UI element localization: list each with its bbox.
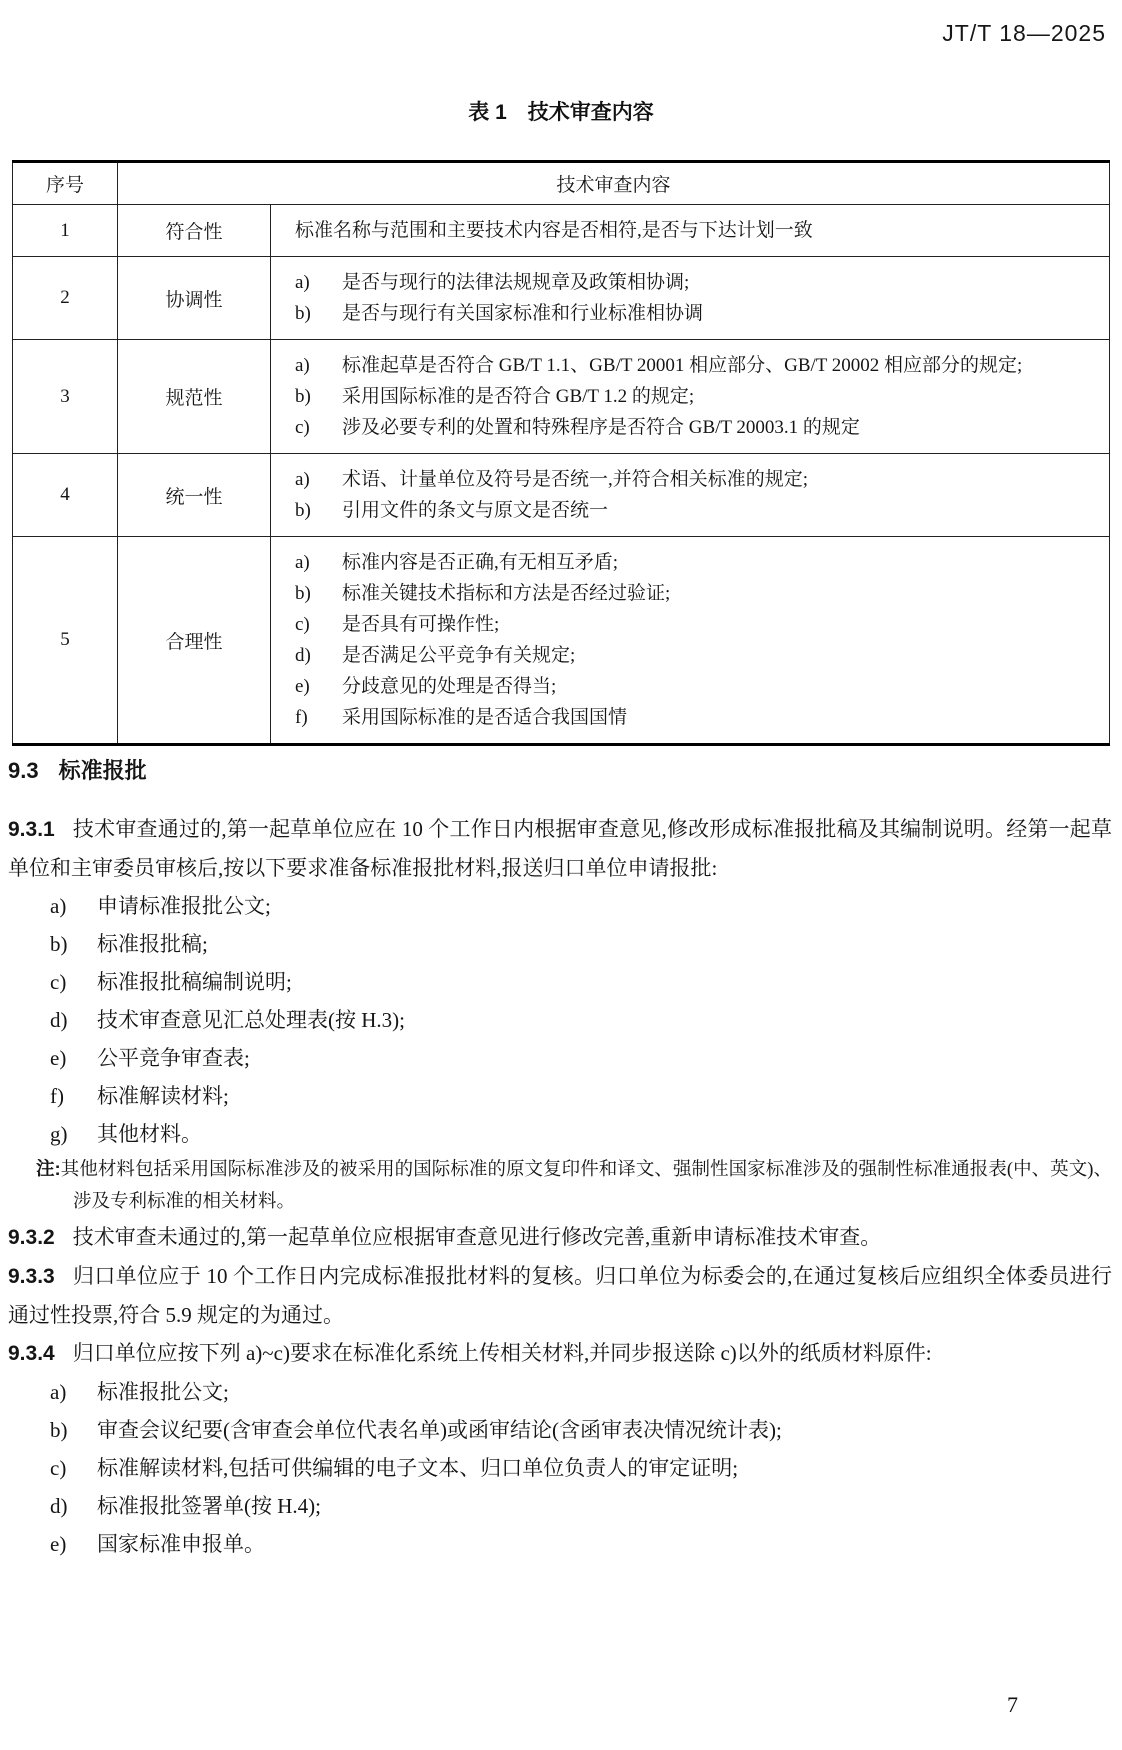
list-item: c)标准解读材料,包括可供编辑的电子文本、归口单位负责人的审定证明; [50,1449,1112,1487]
row-content-text: 是否满足公平竞争有关规定; [342,640,1099,671]
technical-review-table: 序号 技术审查内容 1 符合性 标准名称与范围和主要技术内容是否相符,是否与下达… [12,160,1110,746]
item-label: a) [295,547,342,578]
item-label: e) [50,1525,97,1563]
item-label: a) [295,464,342,495]
list-item: a)申请标准报批公文; [50,887,1112,925]
item-text: 标准报批公文; [97,1373,1112,1411]
item-label: a) [50,887,97,925]
section-number: 9.3 [8,758,39,783]
row-number: 5 [13,537,118,745]
row-content-text: 标准关键技术指标和方法是否经过验证; [342,578,1099,609]
item-label: g) [50,1115,97,1153]
item-text: 公平竞争审查表; [97,1039,1112,1077]
row-category: 合理性 [118,537,271,745]
item-label: f) [295,702,342,733]
item-text: 标准解读材料,包括可供编辑的电子文本、归口单位负责人的审定证明; [97,1449,1112,1487]
item-label: a) [295,267,342,298]
item-label: b) [50,1411,97,1449]
item-text: 标准报批稿; [97,925,1112,963]
item-label: c) [295,412,342,443]
item-text: 其他材料。 [97,1115,1112,1153]
item-label: d) [50,1487,97,1525]
row-content-text: 标准名称与范围和主要技术内容是否相符,是否与下达计划一致 [295,215,1099,246]
row-content-text: 分歧意见的处理是否得当; [342,671,1099,702]
item-label: c) [295,609,342,640]
row-number: 2 [13,257,118,340]
list-item: d)标准报批签署单(按 H.4); [50,1487,1112,1525]
note-block: 注:其他材料包括采用国际标准涉及的被采用的国际标准的原文复印件和译文、强制性国家… [36,1153,1112,1218]
table-row: 2 协调性 a)是否与现行的法律法规规章及政策相协调; b)是否与现行有关国家标… [13,257,1110,340]
list-item: a)标准报批公文; [50,1373,1112,1411]
standard-code-header: JT/T 18—2025 [942,20,1106,47]
row-category: 统一性 [118,454,271,537]
paragraph-number: 9.3.3 [8,1265,73,1288]
item-label: e) [50,1039,97,1077]
paragraph-9-3-4: 9.3.4归口单位应按下列 a)~c)要求在标准化系统上传相关材料,并同步报送除… [8,1334,1112,1373]
table-row: 5 合理性 a)标准内容是否正确,有无相互矛盾; b)标准关键技术指标和方法是否… [13,537,1110,745]
item-text: 技术审查意见汇总处理表(按 H.3); [97,1001,1112,1039]
item-text: 审查会议纪要(含审查会单位代表名单)或函审结论(含函审表决情况统计表); [97,1411,1112,1449]
section-heading-9-3: 9.3标准报批 [8,752,1112,790]
row-content-text: 引用文件的条文与原文是否统一 [342,495,1099,526]
note-text: 其他材料包括采用国际标准涉及的被采用的国际标准的原文复印件和译文、强制性国家标准… [61,1160,1112,1212]
table-header-row: 序号 技术审查内容 [13,162,1110,205]
item-label: b) [295,381,342,412]
row-content-text: 标准起草是否符合 GB/T 1.1、GB/T 20001 相应部分、GB/T 2… [342,350,1099,381]
table-row: 4 统一性 a)术语、计量单位及符号是否统一,并符合相关标准的规定; b)引用文… [13,454,1110,537]
header-cell-index: 序号 [13,162,118,205]
document-page: JT/T 18—2025 表 1 技术审查内容 序号 技术审查内容 1 符合性 … [0,0,1122,1750]
paragraph-number: 9.3.1 [8,818,73,841]
row-category: 规范性 [118,340,271,454]
paragraph-text: 技术审查未通过的,第一起草单位应根据审查意见进行修改完善,重新申请标准技术审查。 [73,1225,882,1249]
row-content: a)是否与现行的法律法规规章及政策相协调; b)是否与现行有关国家标准和行业标准… [271,257,1110,340]
item-text: 国家标准申报单。 [97,1525,1112,1563]
paragraph-9-3-2: 9.3.2技术审查未通过的,第一起草单位应根据审查意见进行修改完善,重新申请标准… [8,1218,1112,1257]
item-text: 申请标准报批公文; [97,887,1112,925]
item-label: c) [50,963,97,1001]
list-item: c)标准报批稿编制说明; [50,963,1112,1001]
item-label: b) [295,578,342,609]
paragraph-text: 归口单位应按下列 a)~c)要求在标准化系统上传相关材料,并同步报送除 c)以外… [73,1341,932,1365]
row-content: a)标准起草是否符合 GB/T 1.1、GB/T 20001 相应部分、GB/T… [271,340,1110,454]
row-content: a)术语、计量单位及符号是否统一,并符合相关标准的规定; b)引用文件的条文与原… [271,454,1110,537]
list-item: f)标准解读材料; [50,1077,1112,1115]
item-label: e) [295,671,342,702]
row-number: 1 [13,205,118,257]
row-number: 4 [13,454,118,537]
row-category: 协调性 [118,257,271,340]
row-content-text: 术语、计量单位及符号是否统一,并符合相关标准的规定; [342,464,1099,495]
paragraph-text: 技术审查通过的,第一起草单位应在 10 个工作日内根据审查意见,修改形成标准报批… [8,817,1112,880]
item-label: b) [295,298,342,329]
header-cell-content: 技术审查内容 [118,162,1110,205]
paragraph-9-3-3: 9.3.3归口单位应于 10 个工作日内完成标准报批材料的复核。归口单位为标委会… [8,1257,1112,1334]
item-label: b) [295,495,342,526]
list-item: e)公平竞争审查表; [50,1039,1112,1077]
section-title: 标准报批 [59,758,147,783]
paragraph-number: 9.3.4 [8,1342,73,1365]
item-label: f) [50,1077,97,1115]
item-label: d) [50,1001,97,1039]
list-item: d)技术审查意见汇总处理表(按 H.3); [50,1001,1112,1039]
item-text: 标准报批稿编制说明; [97,963,1112,1001]
item-label: d) [295,640,342,671]
row-content-text: 采用国际标准的是否适合我国国情 [342,702,1099,733]
row-content-text: 是否与现行有关国家标准和行业标准相协调 [342,298,1099,329]
row-content-text: 是否与现行的法律法规规章及政策相协调; [342,267,1099,298]
paragraph-text: 归口单位应于 10 个工作日内完成标准报批材料的复核。归口单位为标委会的,在通过… [8,1264,1112,1327]
table-row: 3 规范性 a)标准起草是否符合 GB/T 1.1、GB/T 20001 相应部… [13,340,1110,454]
row-category: 符合性 [118,205,271,257]
paragraph-number: 9.3.2 [8,1226,73,1249]
row-content-text: 标准内容是否正确,有无相互矛盾; [342,547,1099,578]
list-9-3-1: a)申请标准报批公文; b)标准报批稿; c)标准报批稿编制说明; d)技术审查… [8,887,1112,1153]
list-item: g)其他材料。 [50,1115,1112,1153]
table-caption: 表 1 技术审查内容 [0,96,1122,126]
row-content-text: 涉及必要专利的处置和特殊程序是否符合 GB/T 20003.1 的规定 [342,412,1099,443]
list-item: b)审查会议纪要(含审查会单位代表名单)或函审结论(含函审表决情况统计表); [50,1411,1112,1449]
list-item: e)国家标准申报单。 [50,1525,1112,1563]
list-9-3-4: a)标准报批公文; b)审查会议纪要(含审查会单位代表名单)或函审结论(含函审表… [8,1373,1112,1563]
row-content-text: 采用国际标准的是否符合 GB/T 1.2 的规定; [342,381,1099,412]
item-label: a) [50,1373,97,1411]
row-content: a)标准内容是否正确,有无相互矛盾; b)标准关键技术指标和方法是否经过验证; … [271,537,1110,745]
table-row: 1 符合性 标准名称与范围和主要技术内容是否相符,是否与下达计划一致 [13,205,1110,257]
row-content-text: 是否具有可操作性; [342,609,1099,640]
item-label: a) [295,350,342,381]
list-item: b)标准报批稿; [50,925,1112,963]
item-label: b) [50,925,97,963]
item-text: 标准报批签署单(按 H.4); [97,1487,1112,1525]
body-sections: 9.3标准报批 9.3.1技术审查通过的,第一起草单位应在 10 个工作日内根据… [8,738,1112,1563]
item-label: c) [50,1449,97,1487]
item-text: 标准解读材料; [97,1077,1112,1115]
note-label: 注: [36,1158,61,1179]
row-number: 3 [13,340,118,454]
paragraph-9-3-1: 9.3.1技术审查通过的,第一起草单位应在 10 个工作日内根据审查意见,修改形… [8,810,1112,887]
row-content: 标准名称与范围和主要技术内容是否相符,是否与下达计划一致 [271,205,1110,257]
page-number: 7 [1007,1692,1018,1718]
